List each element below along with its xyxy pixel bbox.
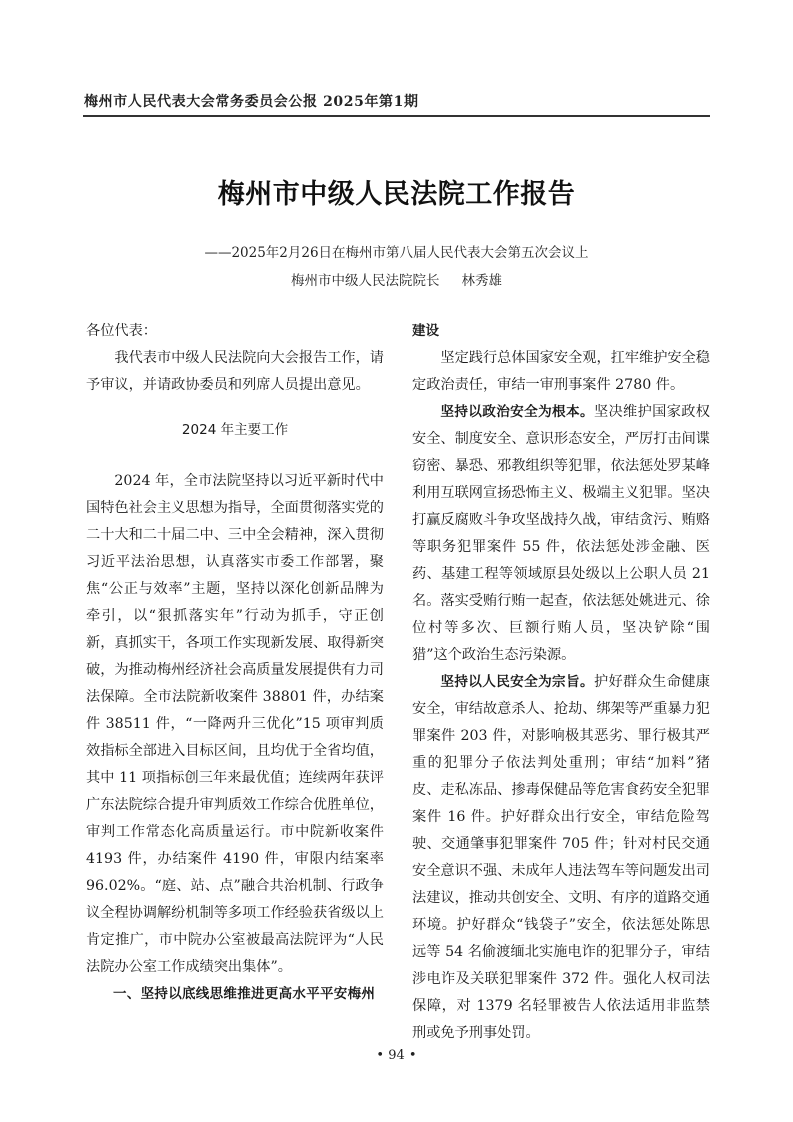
intro-paragraph: 我代表市中级人民法院向大会报告工作，请予审议，并请政协委员和列席人员提出意见。 (86, 345, 384, 399)
part-one-heading-continued: 建设 (412, 318, 710, 345)
left-column: 各位代表： 我代表市中级人民法院向大会报告工作，请予审议，并请政协委员和列席人员… (86, 318, 384, 1008)
salutation: 各位代表： (86, 318, 384, 345)
people-security-paragraph: 坚持以人民安全为宗旨。护好群众生命健康安全，审结故意杀人、抢劫、绑架等严重暴力犯… (412, 669, 710, 1047)
political-security-paragraph: 坚持以政治安全为根本。坚决维护国家政权安全、制度安全、意识形态安全，严厉打击间谍… (412, 399, 710, 669)
author-position: 梅州市中级人民法院院长 (291, 273, 440, 289)
people-security-lead: 坚持以人民安全为宗旨。 (440, 674, 594, 690)
right-column: 建设 坚定践行总体国家安全观，扛牢维护安全稳定政治责任，审结一审刑事案件 278… (412, 318, 710, 1047)
overview-paragraph: 2024 年，全市法院坚持以习近平新时代中国特色社会主义思想为指导，全面贯彻落实… (86, 468, 384, 981)
header-rule (83, 115, 710, 117)
section-heading: 2024 年主要工作 (86, 417, 384, 444)
subtitle: ——2025年2月26日在梅州市第八届人民代表大会第五次会议上 (0, 241, 793, 261)
running-header: 梅州市人民代表大会常务委员会公报 2025年第1期 (84, 91, 419, 111)
author-name: 林秀雄 (462, 273, 503, 289)
political-security-lead: 坚持以政治安全为根本。 (440, 404, 594, 420)
page-title: 梅州市中级人民法院工作报告 (0, 172, 793, 211)
security-paragraph: 坚定践行总体国家安全观，扛牢维护安全稳定政治责任，审结一审刑事案件 2780 件… (412, 345, 710, 399)
part-one-heading: 一、坚持以底线思维推进更高水平平安梅州 (86, 981, 384, 1008)
political-security-body: 坚决维护国家政权安全、制度安全、意识形态安全，严厉打击间谍窃密、暴恐、邪教组织等… (412, 404, 710, 663)
people-security-body: 护好群众生命健康安全，审结故意杀人、抢劫、绑架等严重暴力犯罪案件 203 件，对… (412, 674, 710, 1041)
author-line: 梅州市中级人民法院院长林秀雄 (0, 269, 793, 289)
page-number: • 94 • (0, 1048, 793, 1063)
